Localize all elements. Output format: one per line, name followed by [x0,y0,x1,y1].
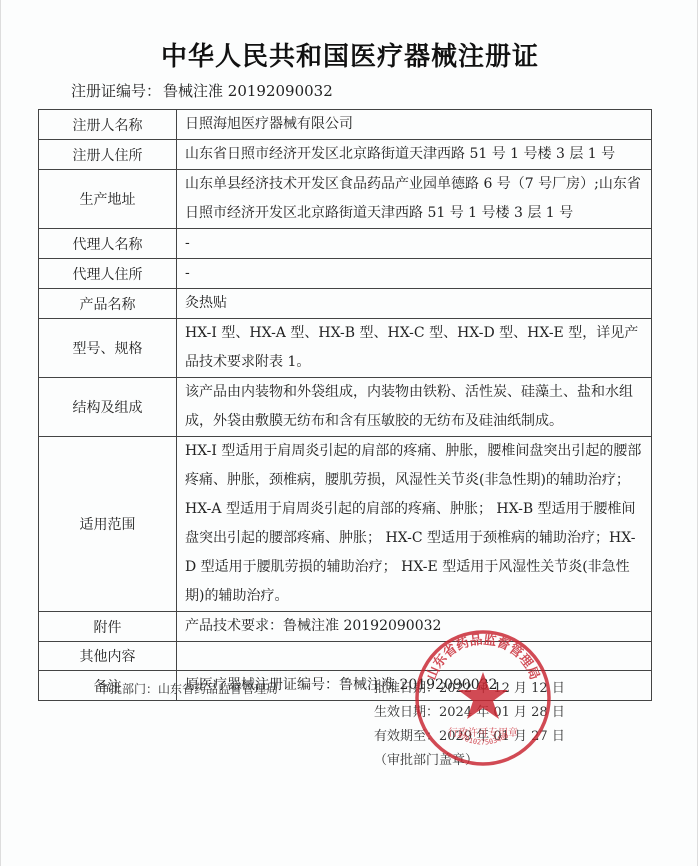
table-row: 结构及组成 该产品由内装物和外袋组成，内装物由铁粉、活性炭、硅藻土、盐和水组成，… [39,378,652,437]
registration-number-label: 注册证编号： [71,82,161,100]
row-value: 山东省日照市经济开发区北京路街道天津西路 51 号 1 号楼 3 层 1 号 [177,140,652,170]
row-value: 该产品由内装物和外袋组成，内装物由铁粉、活性炭、硅藻土、盐和水组成，外袋由敷膜无… [177,378,652,437]
table-row: 代理人名称 - [39,229,652,259]
row-value: 产品技术要求：鲁械注准 20192090032 [177,612,652,642]
registration-number-value: 鲁械注准 20192090032 [163,82,333,100]
approval-department-value: 山东省药品监督管理局 [158,682,278,696]
expiry-date: 有效期至：2029 年 01 月 27 日 [374,725,565,749]
approval-department: 审批部门：山东省药品监督管理局 [98,680,278,697]
row-label: 型号、规格 [39,319,177,378]
certificate-page: 中华人民共和国医疗器械注册证 注册证编号：鲁械注准 20192090032 注册… [0,0,698,866]
row-label: 产品名称 [39,289,177,319]
row-label: 适用范围 [39,437,177,612]
table-row: 其他内容 [39,642,652,671]
seal-note: （审批部门盖章） [374,749,565,773]
approval-date: 批准日期：2022 年 12 月 12 日 [374,677,565,701]
row-label: 结构及组成 [39,378,177,437]
registration-number: 注册证编号：鲁械注准 20192090032 [71,80,333,101]
row-value: HX-I 型、HX-A 型、HX-B 型、HX-C 型、HX-D 型、HX-E … [177,319,652,378]
row-label: 注册人名称 [39,110,177,140]
row-value [177,642,652,671]
certificate-table: 注册人名称 日照海旭医疗器械有限公司 注册人住所 山东省日照市经济开发区北京路街… [38,109,652,701]
table-row: 生产地址 山东单县经济技术开发区食品药品产业园单德路 6 号（7 号厂房）;山东… [39,170,652,229]
table-row: 产品名称 灸热贴 [39,289,652,319]
table-row: 代理人住所 - [39,259,652,289]
row-value: 灸热贴 [177,289,652,319]
row-value: HX-I 型适用于肩周炎引起的肩部的疼痛、肿胀，腰椎间盘突出引起的腰部疼痛、肿胀… [177,437,652,612]
row-value: - [177,229,652,259]
row-value: 日照海旭医疗器械有限公司 [177,110,652,140]
row-label: 注册人住所 [39,140,177,170]
table-row: 附件 产品技术要求：鲁械注准 20192090032 [39,612,652,642]
row-value: - [177,259,652,289]
row-value: 山东单县经济技术开发区食品药品产业园单德路 6 号（7 号厂房）;山东省日照市经… [177,170,652,229]
approval-department-label: 审批部门： [98,682,158,696]
table-row: 注册人名称 日照海旭医疗器械有限公司 [39,110,652,140]
effective-date: 生效日期：2024 年 01 月 28 日 [374,701,565,725]
document-title: 中华人民共和国医疗器械注册证 [1,36,698,73]
table-row: 适用范围 HX-I 型适用于肩周炎引起的肩部的疼痛、肿胀，腰椎间盘突出引起的腰部… [39,437,652,612]
table-row: 型号、规格 HX-I 型、HX-A 型、HX-B 型、HX-C 型、HX-D 型… [39,319,652,378]
row-label: 生产地址 [39,170,177,229]
row-label: 附件 [39,612,177,642]
table-row: 注册人住所 山东省日照市经济开发区北京路街道天津西路 51 号 1 号楼 3 层… [39,140,652,170]
row-label: 代理人名称 [39,229,177,259]
row-label: 代理人住所 [39,259,177,289]
date-block: 批准日期：2022 年 12 月 12 日 生效日期：2024 年 01 月 2… [374,677,565,773]
row-label: 其他内容 [39,642,177,671]
